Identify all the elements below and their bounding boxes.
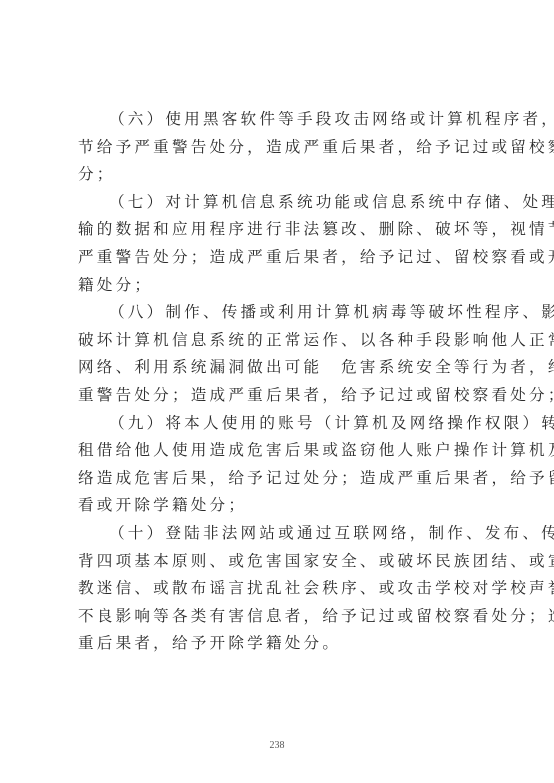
text-line: 不良影响等各类有害信息者，给予记过或留校察看处分；造成严 xyxy=(78,603,486,631)
text-line: 输的数据和应用程序进行非法篡改、删除、破坏等，视情节给予 xyxy=(78,216,486,244)
text-line: 背四项基本原则、或危害国家安全、或破坏民族团结、或宣扬邪 xyxy=(78,548,486,576)
text-line: （九）将本人使用的账号（计算机及网络操作权限）转让、 xyxy=(78,410,486,438)
text-line: （七）对计算机信息系统功能或信息系统中存储、处理、传 xyxy=(78,189,486,217)
text-line: 租借给他人使用造成危害后果或盗窃他人账户操作计算机及网 xyxy=(78,437,486,465)
text-line: 严重警告处分；造成严重后果者，给予记过、留校察看或开除学 xyxy=(78,244,486,272)
text-line: （六）使用黑客软件等手段攻击网络或计算机程序者，视情 xyxy=(78,106,486,134)
text-line: 籍处分； xyxy=(78,272,486,300)
text-line: 络造成危害后果，给予记过处分；造成严重后果者，给予留校察 xyxy=(78,465,486,493)
paragraph-item-10: （十）登陆非法网站或通过互联网络，制作、发布、传播违 背四项基本原则、或危害国家… xyxy=(78,520,486,658)
text-line: 节给予严重警告处分，造成严重后果者，给予记过或留校察看处 xyxy=(78,134,486,162)
text-line: 看或开除学籍处分； xyxy=(78,492,486,520)
text-line: 分； xyxy=(78,161,486,189)
text-line: 重警告处分；造成严重后果者，给予记过或留校察看处分； xyxy=(78,382,486,410)
text-line: 教迷信、或散布谣言扰乱社会秩序、或攻击学校对学校声誉造成 xyxy=(78,575,486,603)
paragraph-item-6: （六）使用黑客软件等手段攻击网络或计算机程序者，视情 节给予严重警告处分，造成严… xyxy=(78,106,486,189)
text-line: 破坏计算机信息系统的正常运作、以各种手段影响他人正常使用 xyxy=(78,327,486,355)
text-line: （八）制作、传播或利用计算机病毒等破坏性程序、影响或 xyxy=(78,299,486,327)
paragraph-item-8: （八）制作、传播或利用计算机病毒等破坏性程序、影响或 破坏计算机信息系统的正常运… xyxy=(78,299,486,409)
text-line: 网络、利用系统漏洞做出可能 危害系统安全等行为者，给予严 xyxy=(78,354,486,382)
paragraph-item-9: （九）将本人使用的账号（计算机及网络操作权限）转让、 租借给他人使用造成危害后果… xyxy=(78,410,486,520)
paragraph-item-7: （七）对计算机信息系统功能或信息系统中存储、处理、传 输的数据和应用程序进行非法… xyxy=(78,189,486,299)
document-body: （六）使用黑客软件等手段攻击网络或计算机程序者，视情 节给予严重警告处分，造成严… xyxy=(78,106,486,658)
text-line: （十）登陆非法网站或通过互联网络，制作、发布、传播违 xyxy=(78,520,486,548)
text-line: 重后果者，给予开除学籍处分。 xyxy=(78,630,486,658)
page-number: 238 xyxy=(0,740,554,751)
document-page: （六）使用黑客软件等手段攻击网络或计算机程序者，视情 节给予严重警告处分，造成严… xyxy=(0,0,554,783)
